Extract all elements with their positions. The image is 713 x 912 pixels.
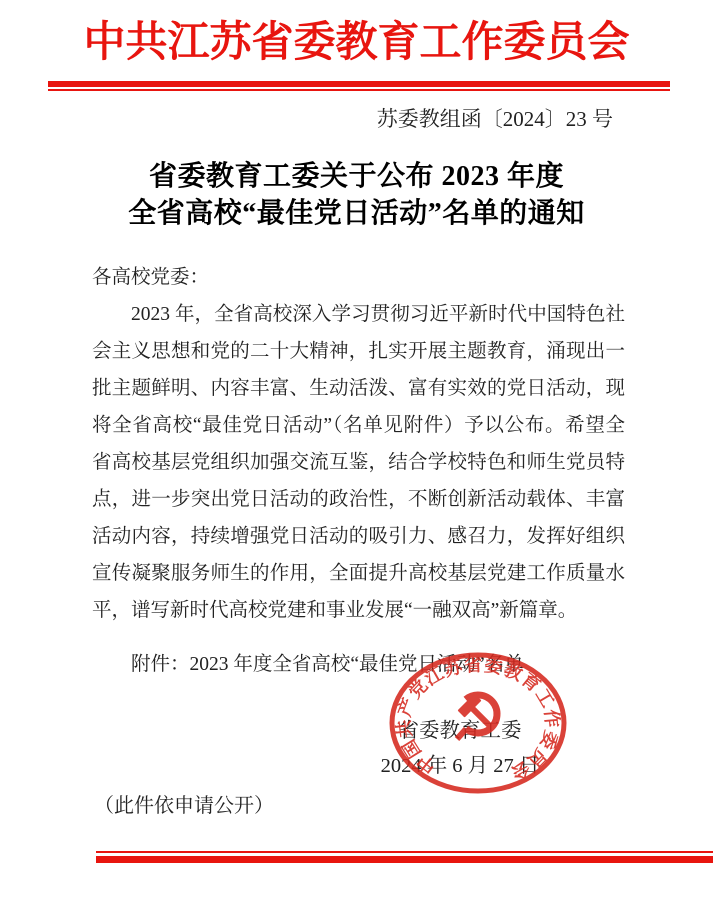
footer-rule-thin-bar (96, 851, 713, 853)
document-number: 苏委教组函〔2024〕23 号 (0, 104, 713, 134)
signature-block: 省委教育工委 2024 年 6 月 27 日 (330, 720, 590, 778)
salutation: 各高校党委： (92, 259, 625, 296)
footer-red-rule (96, 851, 713, 863)
document-title: 省委教育工委关于公布 2023 年度 全省高校“最佳党日活动”名单的通知 (0, 158, 713, 232)
document-page: 中共江苏省委教育工作委员会 苏委教组函〔2024〕23 号 省委教育工委关于公布… (0, 0, 713, 912)
signature-date: 2024 年 6 月 27 日 (330, 755, 590, 778)
document-body: 各高校党委： 2023 年，全省高校深入学习贯彻习近平新时代中国特色社会主义思想… (92, 259, 625, 683)
letterhead-org-name: 中共江苏省委教育工作委员会 (0, 0, 713, 71)
attachment-line: 附件：2023 年度全省高校“最佳党日活动”名单 (92, 646, 625, 683)
header-rule-thin-bar (48, 89, 670, 91)
header-rule-thick-bar (48, 81, 670, 87)
footer-rule-thick-bar (96, 856, 713, 863)
document-title-line1: 省委教育工委关于公布 2023 年度 (0, 158, 713, 195)
document-title-line2: 全省高校“最佳党日活动”名单的通知 (0, 195, 713, 232)
disclosure-note: （此件依申请公开） (94, 789, 274, 818)
main-paragraph: 2023 年，全省高校深入学习贯彻习近平新时代中国特色社会主义思想和党的二十大精… (92, 296, 625, 629)
signature-signer: 省委教育工委 (330, 720, 590, 743)
header-red-rule (48, 81, 670, 91)
